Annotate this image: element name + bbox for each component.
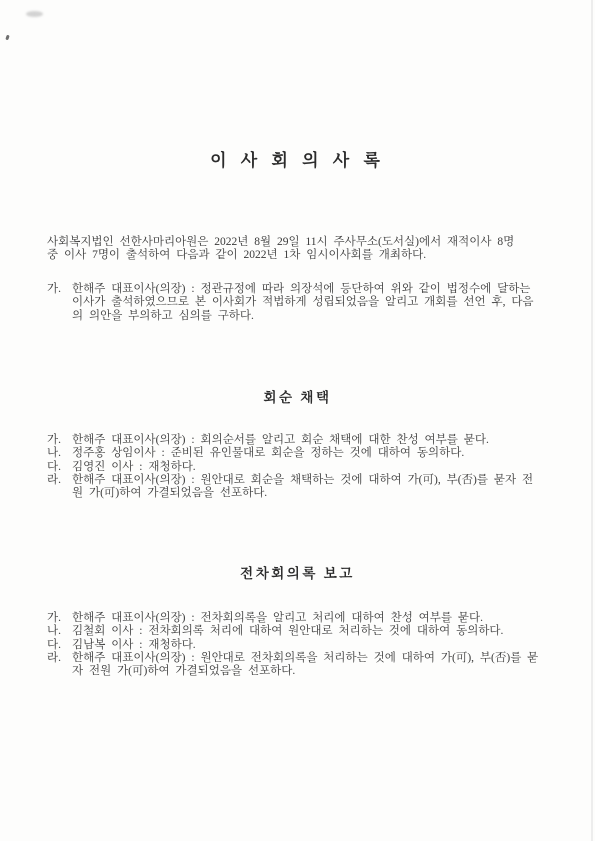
item-text: 김남복 이사 : 재청하다. bbox=[72, 639, 559, 652]
list-item: 가. 한해주 대표이사(의장) : 회의순서를 알리고 회순 채택에 대한 찬성… bbox=[47, 434, 559, 447]
list-item: 다. 김남복 이사 : 재청하다. bbox=[47, 639, 559, 652]
item-text: 한해주 대표이사(의장) : 원안대로 전차회의록을 처리하는 것에 대하여 가… bbox=[72, 652, 559, 679]
item-text: 김철회 이사 : 전차회의록 처리에 대하여 원안대로 처리하는 것에 대하여 … bbox=[72, 625, 559, 638]
previous-minutes-list: 가. 한해주 대표이사(의장) : 전차회의록을 알리고 처리에 대하여 찬성 … bbox=[47, 612, 559, 678]
scan-artifact-dot bbox=[5, 35, 9, 41]
item-marker: 가. bbox=[47, 434, 72, 447]
list-item: 가. 한해주 대표이사(의장) : 전차회의록을 알리고 처리에 대하여 찬성 … bbox=[47, 612, 559, 625]
item-marker: 가. bbox=[47, 612, 72, 625]
item-marker: 라. bbox=[47, 652, 72, 679]
scanned-document-page: 이 사 회 의 사 록 사회복지법인 선한사마리아원은 2022년 8월 29일… bbox=[0, 0, 595, 841]
item-text: 정주홍 상임이사 : 준비된 유인물대로 회순을 정하는 것에 대하여 동의하다… bbox=[72, 447, 559, 460]
section-heading-previous-minutes-report: 전차회의록 보고 bbox=[0, 562, 595, 582]
item-marker: 다. bbox=[47, 639, 72, 652]
list-item: 다. 김영진 이사 : 재청하다. bbox=[47, 461, 559, 474]
item-text: 한해주 대표이사(의장) : 원안대로 회순을 채택하는 것에 대하여 가(可)… bbox=[72, 474, 559, 501]
opening-item: 가. 한해주 대표이사(의장) : 정관규정에 따라 의장석에 등단하여 위와 … bbox=[47, 283, 559, 323]
item-marker: 나. bbox=[47, 447, 72, 460]
item-marker: 나. bbox=[47, 625, 72, 638]
section-heading-agenda-adoption: 회순 채택 bbox=[0, 386, 595, 406]
scan-edge-line bbox=[591, 0, 593, 841]
item-text: 김영진 이사 : 재청하다. bbox=[72, 461, 559, 474]
item-marker: 다. bbox=[47, 461, 72, 474]
list-item: 라. 한해주 대표이사(의장) : 원안대로 전차회의록을 처리하는 것에 대하… bbox=[47, 652, 559, 679]
opening-item-marker: 가. bbox=[47, 283, 72, 323]
item-marker: 라. bbox=[47, 474, 72, 501]
list-item: 나. 김철회 이사 : 전차회의록 처리에 대하여 원안대로 처리하는 것에 대… bbox=[47, 625, 559, 638]
item-text: 한해주 대표이사(의장) : 회의순서를 알리고 회순 채택에 대한 찬성 여부… bbox=[72, 434, 559, 447]
agenda-adoption-list: 가. 한해주 대표이사(의장) : 회의순서를 알리고 회순 채택에 대한 찬성… bbox=[47, 434, 559, 500]
intro-paragraph: 사회복지법인 선한사마리아원은 2022년 8월 29일 11시 주사무소(도서… bbox=[47, 236, 559, 263]
list-item: 나. 정주홍 상임이사 : 준비된 유인물대로 회순을 정하는 것에 대하여 동… bbox=[47, 447, 559, 460]
list-item: 라. 한해주 대표이사(의장) : 원안대로 회순을 채택하는 것에 대하여 가… bbox=[47, 474, 559, 501]
scan-artifact-smudge bbox=[26, 11, 43, 17]
document-title: 이 사 회 의 사 록 bbox=[0, 146, 595, 171]
item-text: 한해주 대표이사(의장) : 전차회의록을 알리고 처리에 대하여 찬성 여부를… bbox=[72, 612, 559, 625]
opening-item-text: 한해주 대표이사(의장) : 정관규정에 따라 의장석에 등단하여 위와 같이 … bbox=[72, 283, 559, 323]
